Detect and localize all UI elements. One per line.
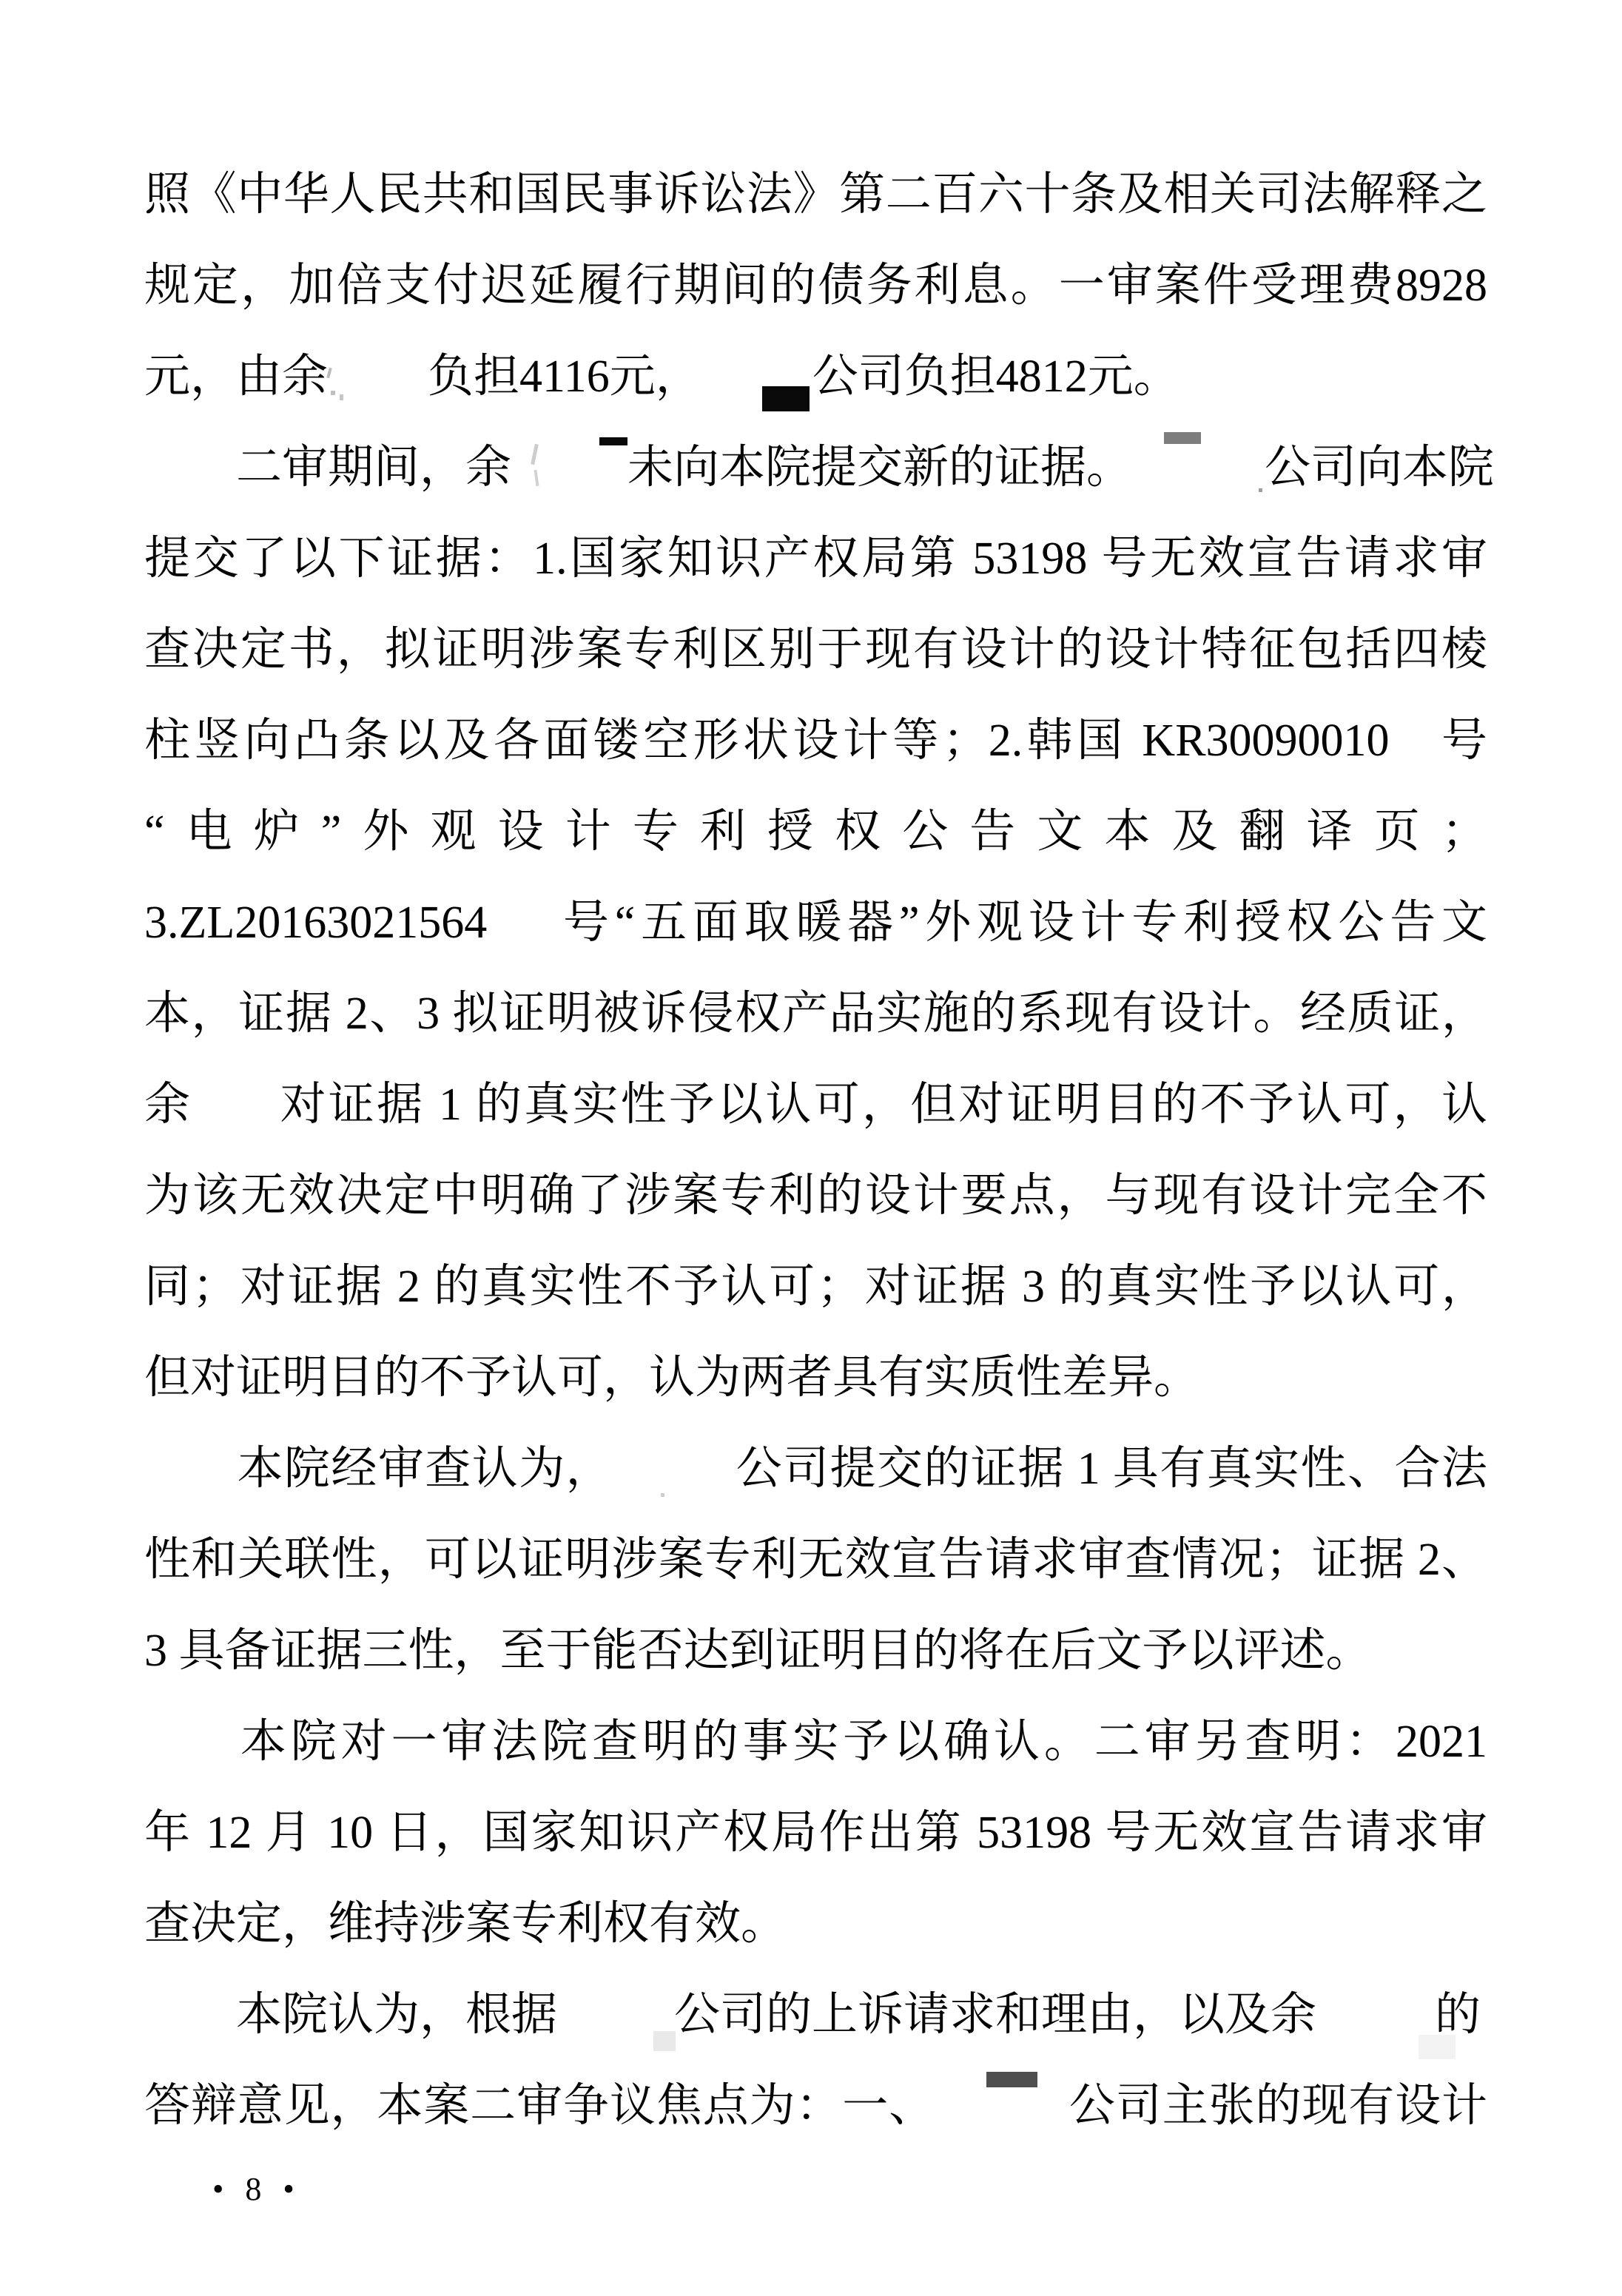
redacted-name-gap [144, 1482, 236, 1484]
redacted-name-gap [1316, 2028, 1435, 2030]
text-segment: 的 [1435, 1990, 1481, 2040]
text-line: 本，证据 2、3 拟证明被诉侵权产品实施的系现有设计。经质证， [144, 969, 1487, 1060]
text-line: 性和关联性，可以证明涉案专利无效宣告请求审查情况；证据 2、 [144, 1515, 1487, 1606]
text-line: 但对证明目的不予认可，认为两者具有实质性差异。 [144, 1333, 1487, 1424]
text-segment: 本院对一审法院查明的事实予以确认。二审另查明：2021 [236, 1717, 1487, 1767]
redacted-name-gap [192, 1118, 277, 1120]
redaction-dark-gray-box [986, 2072, 1037, 2087]
text-segment: 同；对证据 2 的真实性不予认可；对证据 3 的真实性予以认可， [144, 1262, 1487, 1312]
text-segment: 公司主张的现有设计 [1069, 2081, 1487, 2131]
text-line: 本院对一审法院查明的事实予以确认。二审另查明：2021 [144, 1697, 1487, 1788]
text-segment: 答辩意见，本案二审争议焦点为：一、 [144, 2081, 935, 2131]
document-page: 照《中华人民共和国民事诉讼法》第二百六十条及相关司法解释之规定，加倍支付迟延履行… [0, 0, 1622, 2296]
text-segment: 照《中华人民共和国民事诉讼法》第二百六十条及相关司法解释之 [144, 169, 1487, 220]
text-segment: 对证据 1 的真实性予以认可，但对证明目的不予认可，认 [277, 1080, 1487, 1130]
text-segment: 性和关联性，可以证明涉案专利无效宣告请求审查情况；证据 2、 [144, 1535, 1487, 1585]
text-line: 查决定书，拟证明涉案专利区别于现有设计的设计特征包括四棱 [144, 605, 1487, 696]
erased-text-remnant [1259, 488, 1262, 492]
redaction-faint-box [1419, 2035, 1456, 2059]
erased-text-remnant [340, 394, 343, 400]
text-line: 本院经审查认为，公司提交的证据 1 具有真实性、合法 [144, 1424, 1487, 1515]
text-segment: 本院经审查认为， [236, 1444, 613, 1494]
text-segment: 公司提交的证据 1 具有真实性、合法 [735, 1444, 1487, 1494]
text-line: “电炉”外观设计专利授权公告文本及翻译页； [144, 787, 1487, 878]
text-line: 年 12 月 10 日，国家知识产权局作出第 53198 号无效宣告请求审 [144, 1788, 1487, 1879]
redacted-name-gap [935, 2119, 1069, 2121]
text-segment: 3.ZL20163021564 [144, 898, 487, 948]
text-segment: 为该无效决定中明确了涉案专利的设计要点，与现有设计完全不 [144, 1171, 1487, 1221]
text-segment: 号“五面取暖器”外观设计专利授权公告文 [557, 898, 1487, 948]
redacted-name-gap [1390, 754, 1438, 755]
redacted-name-gap [511, 481, 627, 482]
text-segment: 二审期间，余 [236, 442, 511, 493]
text-line: 柱竖向凸条以及各面镂空形状设计等；2.韩国 KR30090010号 [144, 696, 1487, 787]
text-line: 元，由余负担4116元，公司负担4812元。 [144, 331, 1487, 422]
text-segment: 提交了以下证据：1.国家知识产权局第 53198 号无效宣告请求审 [144, 533, 1487, 584]
erased-text-remnant [661, 1493, 664, 1497]
redacted-name-gap [144, 2028, 236, 2030]
text-line: 提交了以下证据：1.国家知识产权局第 53198 号无效宣告请求审 [144, 514, 1487, 605]
text-segment: 余 [144, 1080, 192, 1130]
redacted-name-gap [144, 481, 236, 482]
redacted-name-gap [613, 1482, 735, 1484]
erased-text-remnant [331, 391, 335, 395]
text-segment: “电炉”外观设计专利授权公告文本及翻译页； [144, 807, 1487, 857]
text-segment: 本院认为，根据 [236, 1990, 557, 2040]
text-line: 余对证据 1 的真实性予以认可，但对证明目的不予认可，认 [144, 1060, 1487, 1151]
text-line: 规定，加倍支付迟延履行期间的债务利息。一审案件受理费8928 [144, 240, 1487, 331]
redacted-name-gap [1132, 481, 1265, 482]
text-segment: 但对证明目的不予认可，认为两者具有实质性差异。 [144, 1353, 1199, 1403]
text-line: 3.ZL20163021564号“五面取暖器”外观设计专利授权公告文 [144, 878, 1487, 969]
text-segment: 公司的上诉请求和理由，以及余 [674, 1990, 1316, 2040]
text-segment: 元，由余 [144, 351, 328, 402]
text-line: 本院认为，根据公司的上诉请求和理由，以及余的 [144, 1970, 1487, 2061]
text-line: 照《中华人民共和国民事诉讼法》第二百六十条及相关司法解释之 [144, 149, 1487, 240]
redaction-black-bar [599, 437, 627, 445]
redaction-light-square [653, 2031, 676, 2051]
text-segment: 柱竖向凸条以及各面镂空形状设计等；2.韩国 KR30090010 [144, 716, 1390, 766]
text-segment: 负担4116元， [428, 351, 701, 402]
redacted-name-gap [328, 390, 428, 391]
text-line: 答辩意见，本案二审争议焦点为：一、公司主张的现有设计 [144, 2061, 1487, 2152]
redaction-gray-box [1164, 432, 1201, 444]
redaction-black-box [762, 386, 810, 411]
redacted-name-gap [487, 936, 557, 937]
text-segment: 规定，加倍支付迟延履行期间的债务利息。一审案件受理费8928 [144, 260, 1487, 311]
text-segment: 公司向本院 [1265, 442, 1494, 493]
text-segment: 公司负担4812元。 [812, 351, 1180, 402]
text-segment: 查决定书，拟证明涉案专利区别于现有设计的设计特征包括四棱 [144, 625, 1487, 675]
text-line: 同；对证据 2 的真实性不予认可；对证据 3 的真实性予以认可， [144, 1242, 1487, 1333]
judgment-text-block: 照《中华人民共和国民事诉讼法》第二百六十条及相关司法解释之规定，加倍支付迟延履行… [144, 149, 1487, 2152]
text-segment: 3 具备证据三性，至于能否达到证明目的将在后文予以评述。 [144, 1626, 1372, 1676]
text-line: 查决定，维持涉案专利权有效。 [144, 1879, 1487, 1970]
redacted-name-gap [144, 1755, 236, 1757]
text-segment: 号 [1438, 716, 1487, 766]
text-segment: 未向本院提交新的证据。 [627, 442, 1132, 493]
page-number: • 8 • [212, 2165, 301, 2214]
text-line: 为该无效决定中明确了涉案专利的设计要点，与现有设计完全不 [144, 1151, 1487, 1242]
text-line: 二审期间，余未向本院提交新的证据。公司向本院 [144, 422, 1487, 514]
text-segment: 本，证据 2、3 拟证明被诉侵权产品实施的系现有设计。经质证， [144, 989, 1487, 1039]
text-segment: 年 12 月 10 日，国家知识产权局作出第 53198 号无效宣告请求审 [144, 1808, 1487, 1858]
text-line: 3 具备证据三性，至于能否达到证明目的将在后文予以评述。 [144, 1606, 1487, 1697]
text-segment: 查决定，维持涉案专利权有效。 [144, 1899, 787, 1949]
redacted-name-gap [557, 2028, 674, 2030]
